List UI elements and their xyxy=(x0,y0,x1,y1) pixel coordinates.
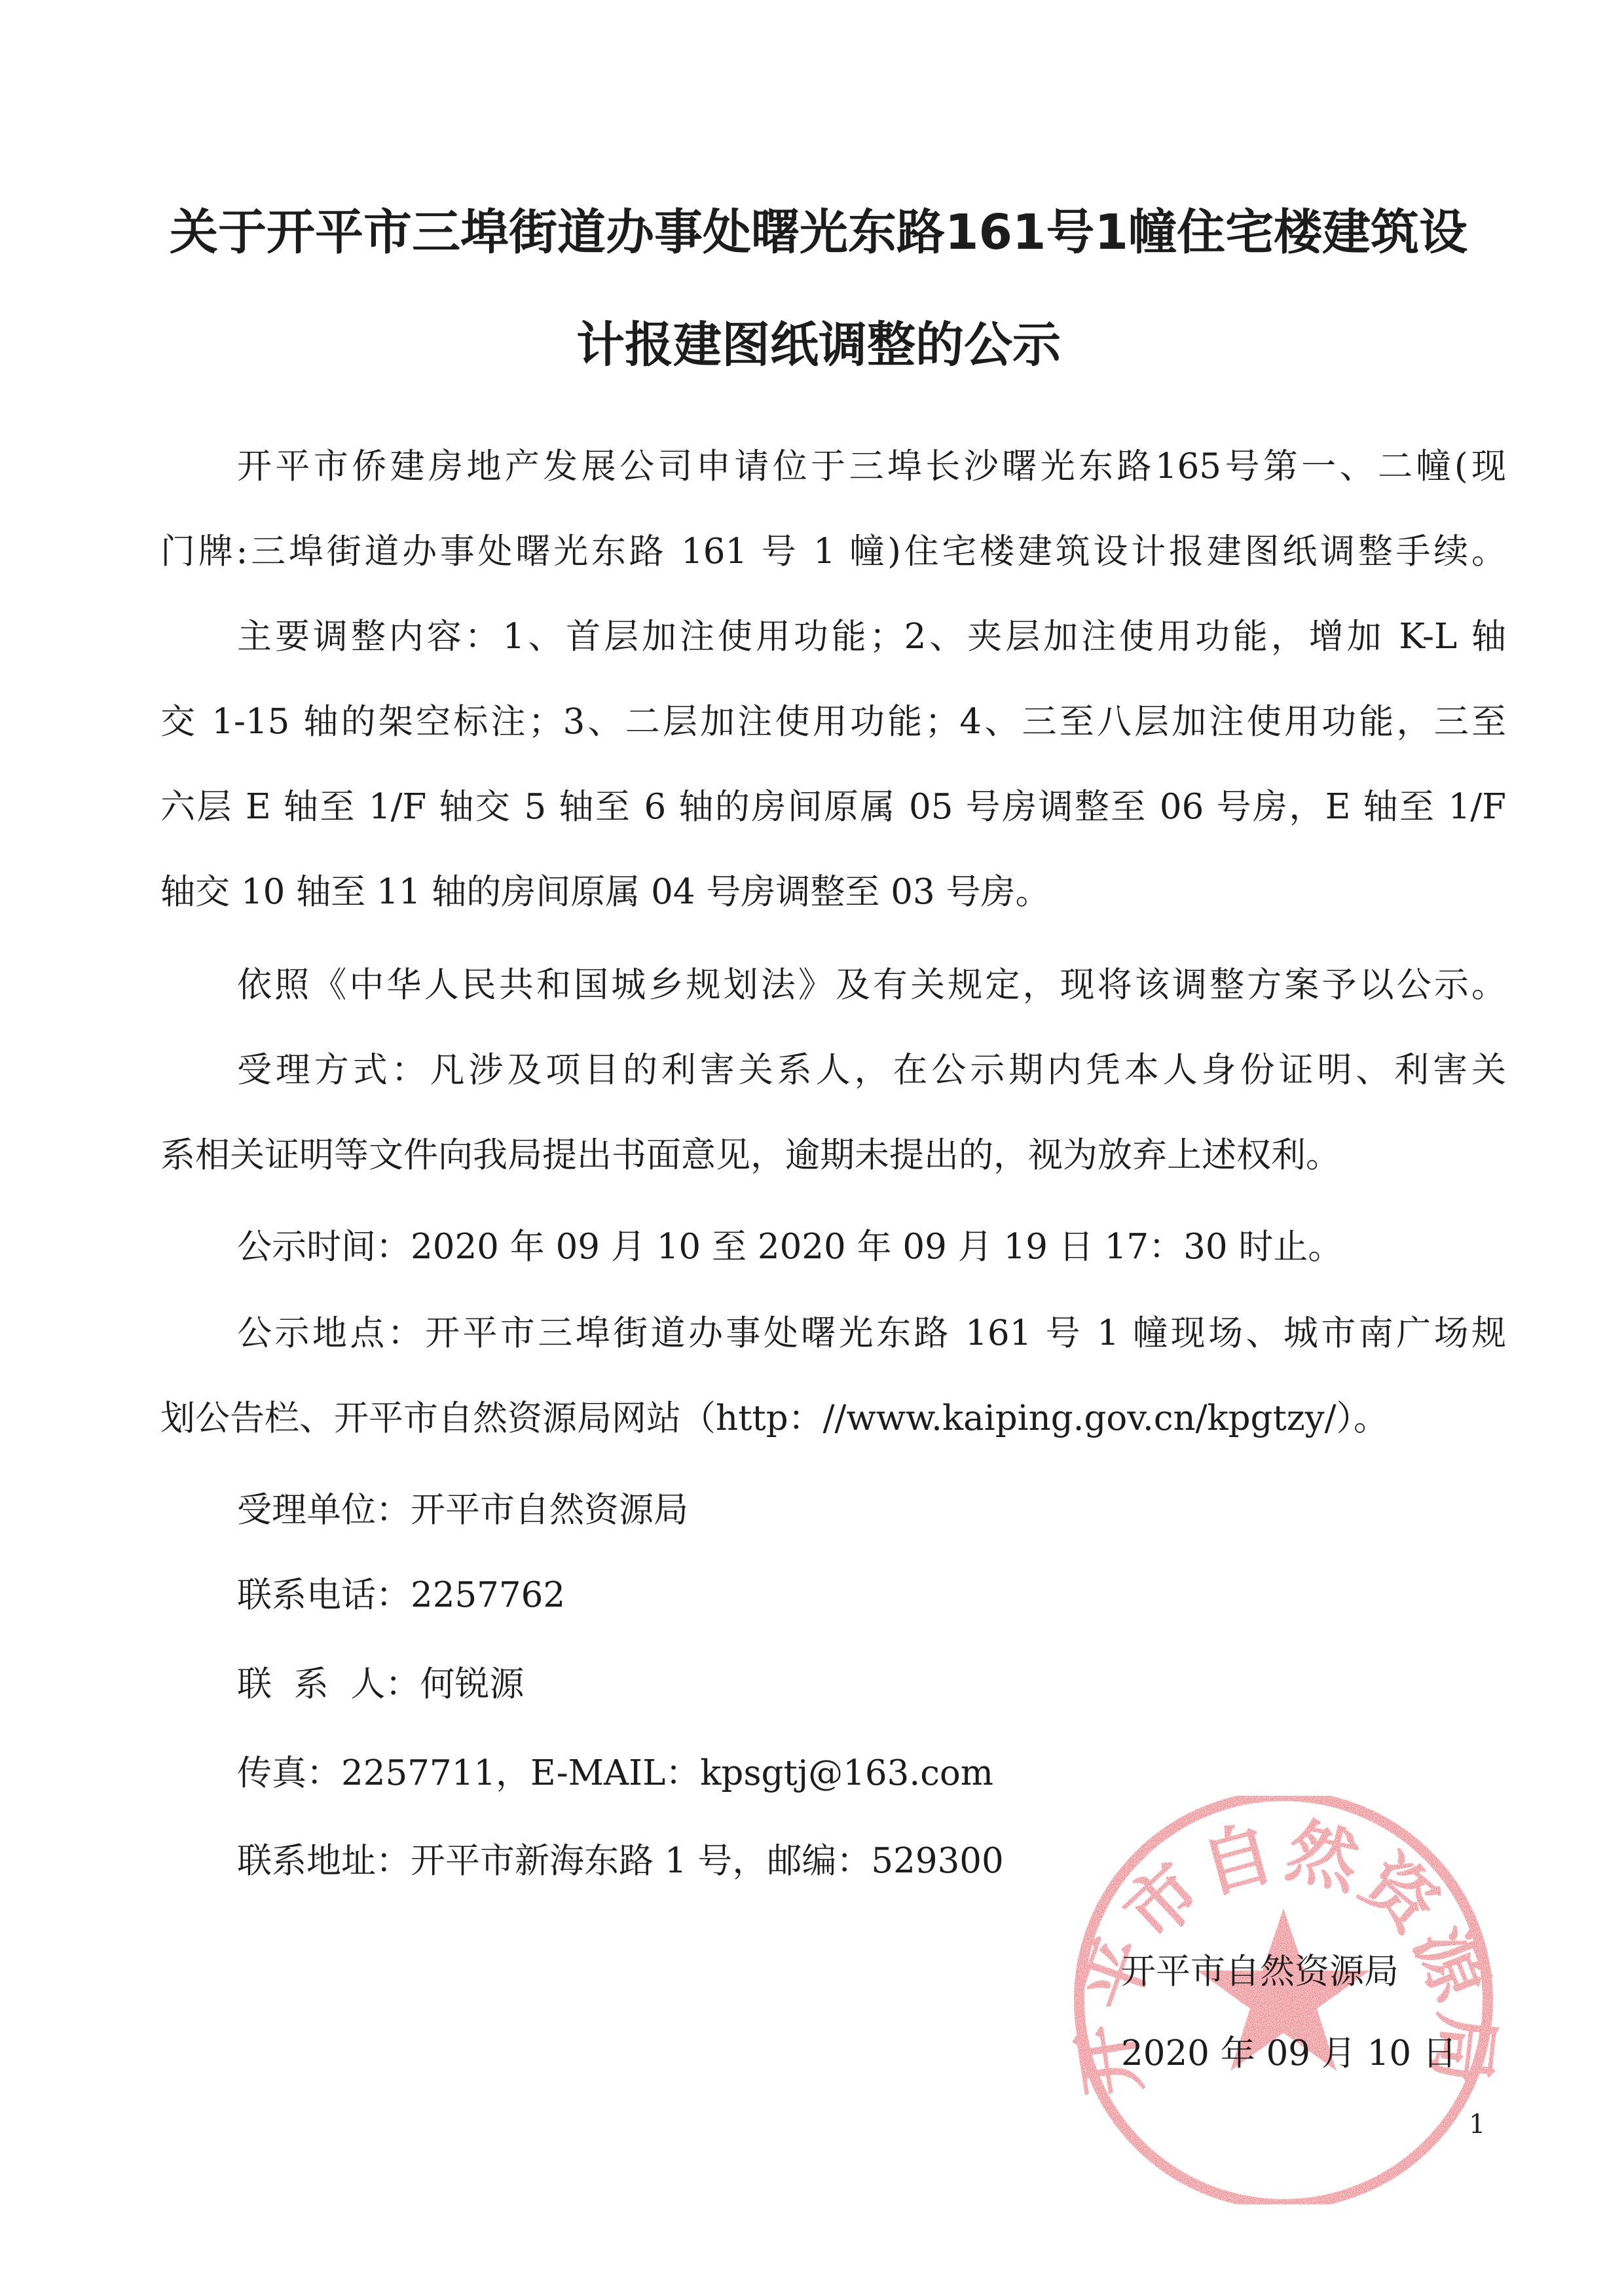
document-page: 关于开平市三埠街道办事处曙光东路161号1幢住宅楼建筑设 计报建图纸调整的公示 … xyxy=(0,0,1624,2296)
document-title-line-2: 计报建图纸调整的公示 xyxy=(131,321,1506,369)
contact-phone: 联系电话：2257762 xyxy=(237,1578,1506,1613)
contact-address: 联系地址：开平市新海东路 1 号，邮编：529300 xyxy=(237,1844,1506,1878)
paragraph-publicity-time: 公示时间：2020 年 09 月 10 至 2020 年 09 月 19 日 1… xyxy=(237,1230,1506,1264)
signature-organization: 开平市自然资源局 xyxy=(1121,1954,1399,1989)
contact-unit: 受理单位：开平市自然资源局 xyxy=(237,1493,1506,1527)
paragraph-legal-basis: 依照《中华人民共和国城乡规划法》及有关规定，现将该调整方案予以公示。 xyxy=(237,968,1506,1002)
paragraph-acceptance-line-2: 系相关证明等文件向我局提出书面意见，逾期未提出的，视为放弃上述权利。 xyxy=(160,1138,1506,1173)
paragraph-adjustments-line-1: 主要调整内容：1、首层加注使用功能；2、夹层加注使用功能，增加 K-L 轴 xyxy=(237,619,1506,654)
paragraph-intro-line-1: 开平市侨建房地产发展公司申请位于三埠长沙曙光东路165号第一、二幢(现 xyxy=(237,449,1506,484)
paragraph-publicity-location-line-1: 公示地点：开平市三埠街道办事处曙光东路 161 号 1 幢现场、城市南广场规 xyxy=(237,1316,1506,1351)
document-title-line-1: 关于开平市三埠街道办事处曙光东路161号1幢住宅楼建筑设 xyxy=(131,208,1506,257)
contact-fax-email: 传真：2257711，E-MAIL：kpsgtj@163.com xyxy=(237,1756,1506,1791)
paragraph-adjustments-line-4: 轴交 10 轴至 11 轴的房间原属 04 号房调整至 03 号房。 xyxy=(160,875,1506,909)
page-number: 1 xyxy=(1469,2111,1485,2138)
paragraph-acceptance-line-1: 受理方式：凡涉及项目的利害关系人，在公示期内凭本人身份证明、利害关 xyxy=(237,1053,1506,1087)
signature-date: 2020 年 09 月 10 日 xyxy=(1121,2036,1457,2071)
paragraph-intro-line-2: 门牌:三埠街道办事处曙光东路 161 号 1 幢)住宅楼建筑设计报建图纸调整手续… xyxy=(160,534,1506,569)
paragraph-adjustments-line-3: 六层 E 轴至 1/F 轴交 5 轴至 6 轴的房间原属 05 号房调整至 06… xyxy=(160,790,1506,824)
paragraph-adjustments-line-2: 交 1-15 轴的架空标注；3、二层加注使用功能；4、三至八层加注使用功能，三至 xyxy=(160,704,1506,739)
paragraph-publicity-location-line-2: 划公告栏、开平市自然资源局网站（http：//www.kaiping.gov.c… xyxy=(160,1401,1506,1436)
contact-person: 联 系 人：何锐源 xyxy=(237,1667,1506,1702)
